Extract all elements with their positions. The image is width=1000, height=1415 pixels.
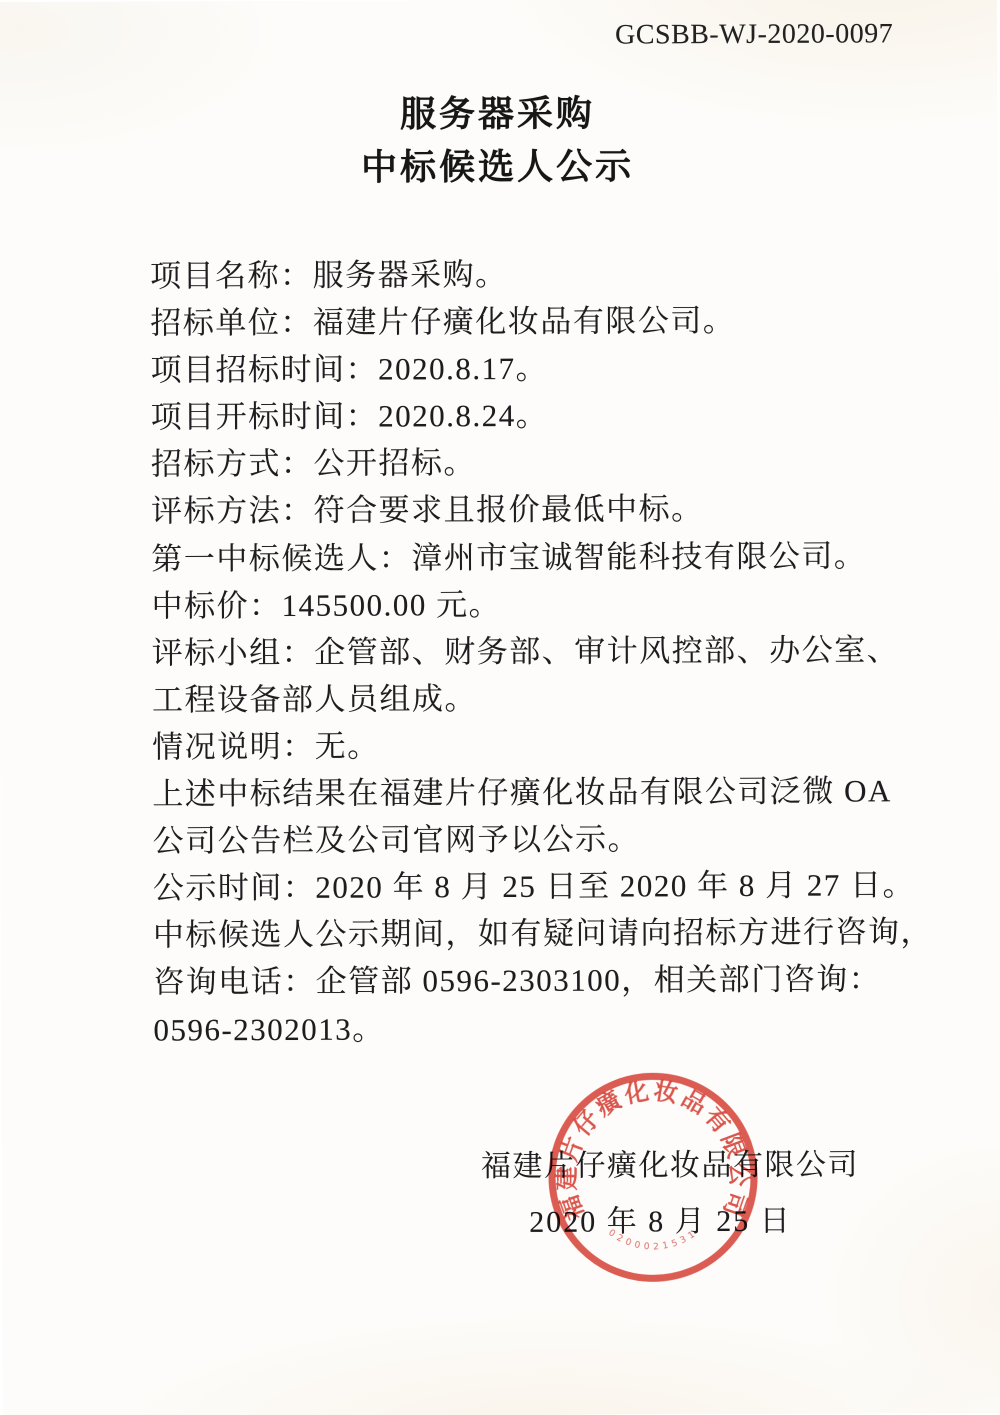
body-line: 评标小组：企管部、财务部、审计风控部、办公室、 [152,626,882,676]
body-line: 项目开标时间：2020.8.24。 [151,391,881,441]
document-title: 服务器采购 中标候选人公示 [0,86,998,196]
document-body: 项目名称：服务器采购。 招标单位：福建片仔癀化妆品有限公司。 项目招标时间：20… [150,249,883,1053]
body-line: 招标单位：福建片仔癀化妆品有限公司。 [150,296,880,346]
body-line: 中标价：145500.00 元。 [151,579,881,629]
body-line: 公司公告栏及公司官网予以公示。 [152,814,882,864]
body-line: 项目招标时间：2020.8.17。 [150,344,880,394]
document-number: GCSBB-WJ-2020-0097 [615,18,893,51]
signature-date: 2020 年 8 月 25 日 [529,1196,792,1241]
body-line: 第一中标候选人：漳州市宝诚智能科技有限公司。 [151,532,881,582]
title-line-2: 中标候选人公示 [0,139,998,196]
body-line: 招标方式：公开招标。 [151,438,881,488]
body-line: 0596-2302013。 [153,1003,883,1053]
body-line: 咨询电话：企管部 0596-2303100，相关部门咨询： [153,956,883,1006]
body-line: 情况说明：无。 [152,720,882,770]
body-line: 项目名称：服务器采购。 [150,249,880,299]
body-line: 评标方法：符合要求且报价最低中标。 [151,485,881,535]
body-line: 中标候选人公示期间，如有疑问请向招标方进行咨询， [153,909,883,959]
document-page: GCSBB-WJ-2020-0097 服务器采购 中标候选人公示 项目名称：服务… [0,0,1000,1415]
body-line: 上述中标结果在福建片仔癀化妆品有限公司泛微 OA [152,767,882,817]
title-line-1: 服务器采购 [0,86,998,143]
body-line: 工程设备部人员组成。 [152,673,882,723]
signature-company: 福建片仔癀化妆品有限公司 [481,1139,859,1185]
body-line: 公示时间：2020 年 8 月 25 日至 2020 年 8 月 27 日。 [153,862,883,912]
